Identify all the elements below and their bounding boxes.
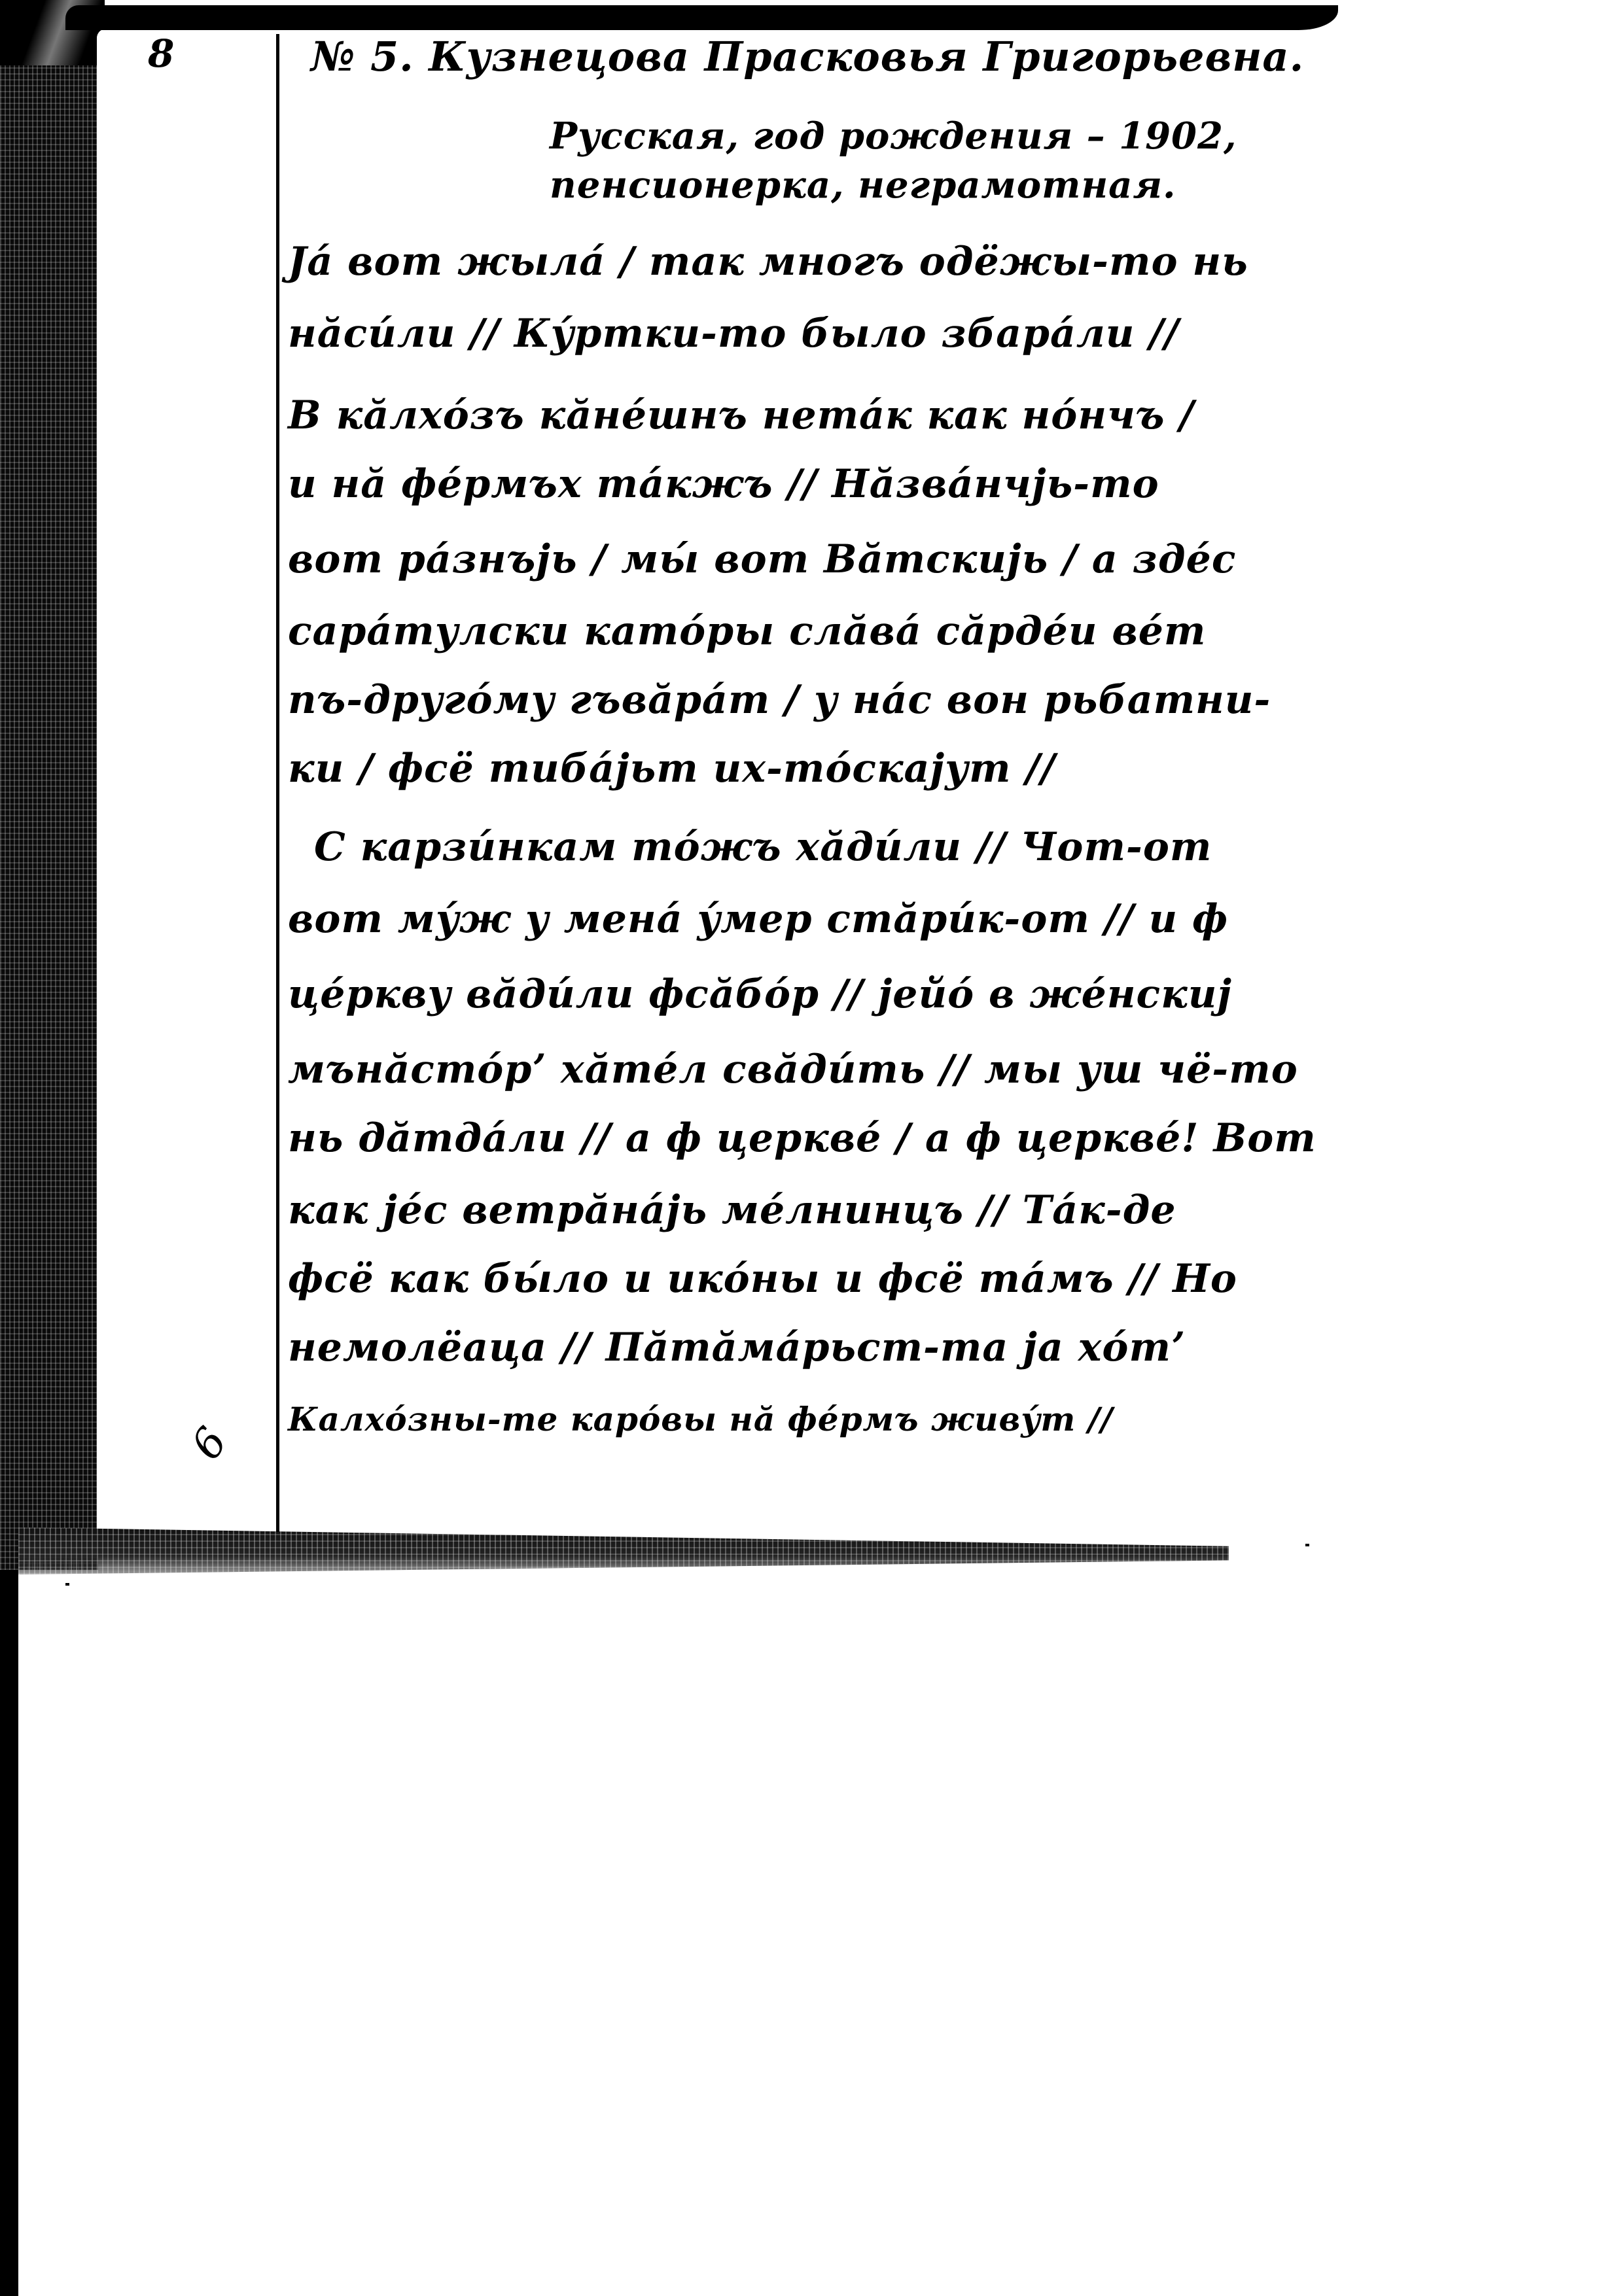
text-line: ки / фсё тибáјьт их-тóскајут // <box>288 746 1055 791</box>
margin-rule <box>276 34 279 1532</box>
text-line: фсё как бы́ло и икóны и фсё тáмъ // Но <box>288 1256 1237 1302</box>
text-line: вот рáзнъјь / мы́ вот Вăтскијь / а здéс <box>288 536 1236 582</box>
scan-speck <box>1305 1544 1309 1546</box>
entry-title: № 5. Кузнецова Прасковья Григорьевна. <box>311 33 1304 80</box>
informant-info-line-2: пенсионерка, неграмотная. <box>550 164 1176 207</box>
text-line: Калхóзны-те карóвы нă фéрмъ живýт // <box>288 1400 1113 1438</box>
text-line: мънăстóрʼ хăтéл свăдúть // мы уш чё-то <box>288 1047 1298 1092</box>
page-top-edge <box>65 5 1338 30</box>
page-bottom-shadow <box>18 1527 1229 1574</box>
text-line: цéркву вăдúли фсăбóр // јейó в жéнскиј <box>288 971 1232 1017</box>
book-binding <box>0 52 98 1570</box>
text-line: Já вот жыла́ / так многъ одёжы-то нь <box>288 239 1248 285</box>
page-number: 8 <box>148 31 174 76</box>
text-line: С карзúнкам тóжъ хăдúли // Чот-от <box>314 824 1212 870</box>
text-line: сарáтулски катóры слăвá сăрдéи вéт <box>288 608 1206 654</box>
text-line: и нă фéрмъх тáкжъ // Нăзвáнчјь-то <box>288 461 1159 507</box>
text-line: вот мýж у менá ýмер стăрúк-от // и ф <box>288 896 1228 942</box>
scan-speck <box>65 1583 69 1586</box>
text-line: нь дăтдáли // а ф церквé / а ф церквé! В… <box>288 1115 1316 1161</box>
text-line: нăсúли // Кýртки-то было збарáли // <box>288 311 1179 357</box>
text-line: В кăлхóзъ кăнéшнъ нетáк как нóнчъ / <box>288 392 1194 438</box>
text-line: немолёаца // Пăтăмáрьст-та ја хóтʼ <box>288 1325 1186 1370</box>
text-line: пъ-другóму гъвăрáт / у нáс вон рьбатни- <box>288 677 1271 723</box>
text-line: как јéс ветрăнáјь мéлнинцъ // Тáк-де <box>288 1187 1176 1233</box>
informant-info-line-1: Русская, год рождения – 1902, <box>550 114 1237 158</box>
